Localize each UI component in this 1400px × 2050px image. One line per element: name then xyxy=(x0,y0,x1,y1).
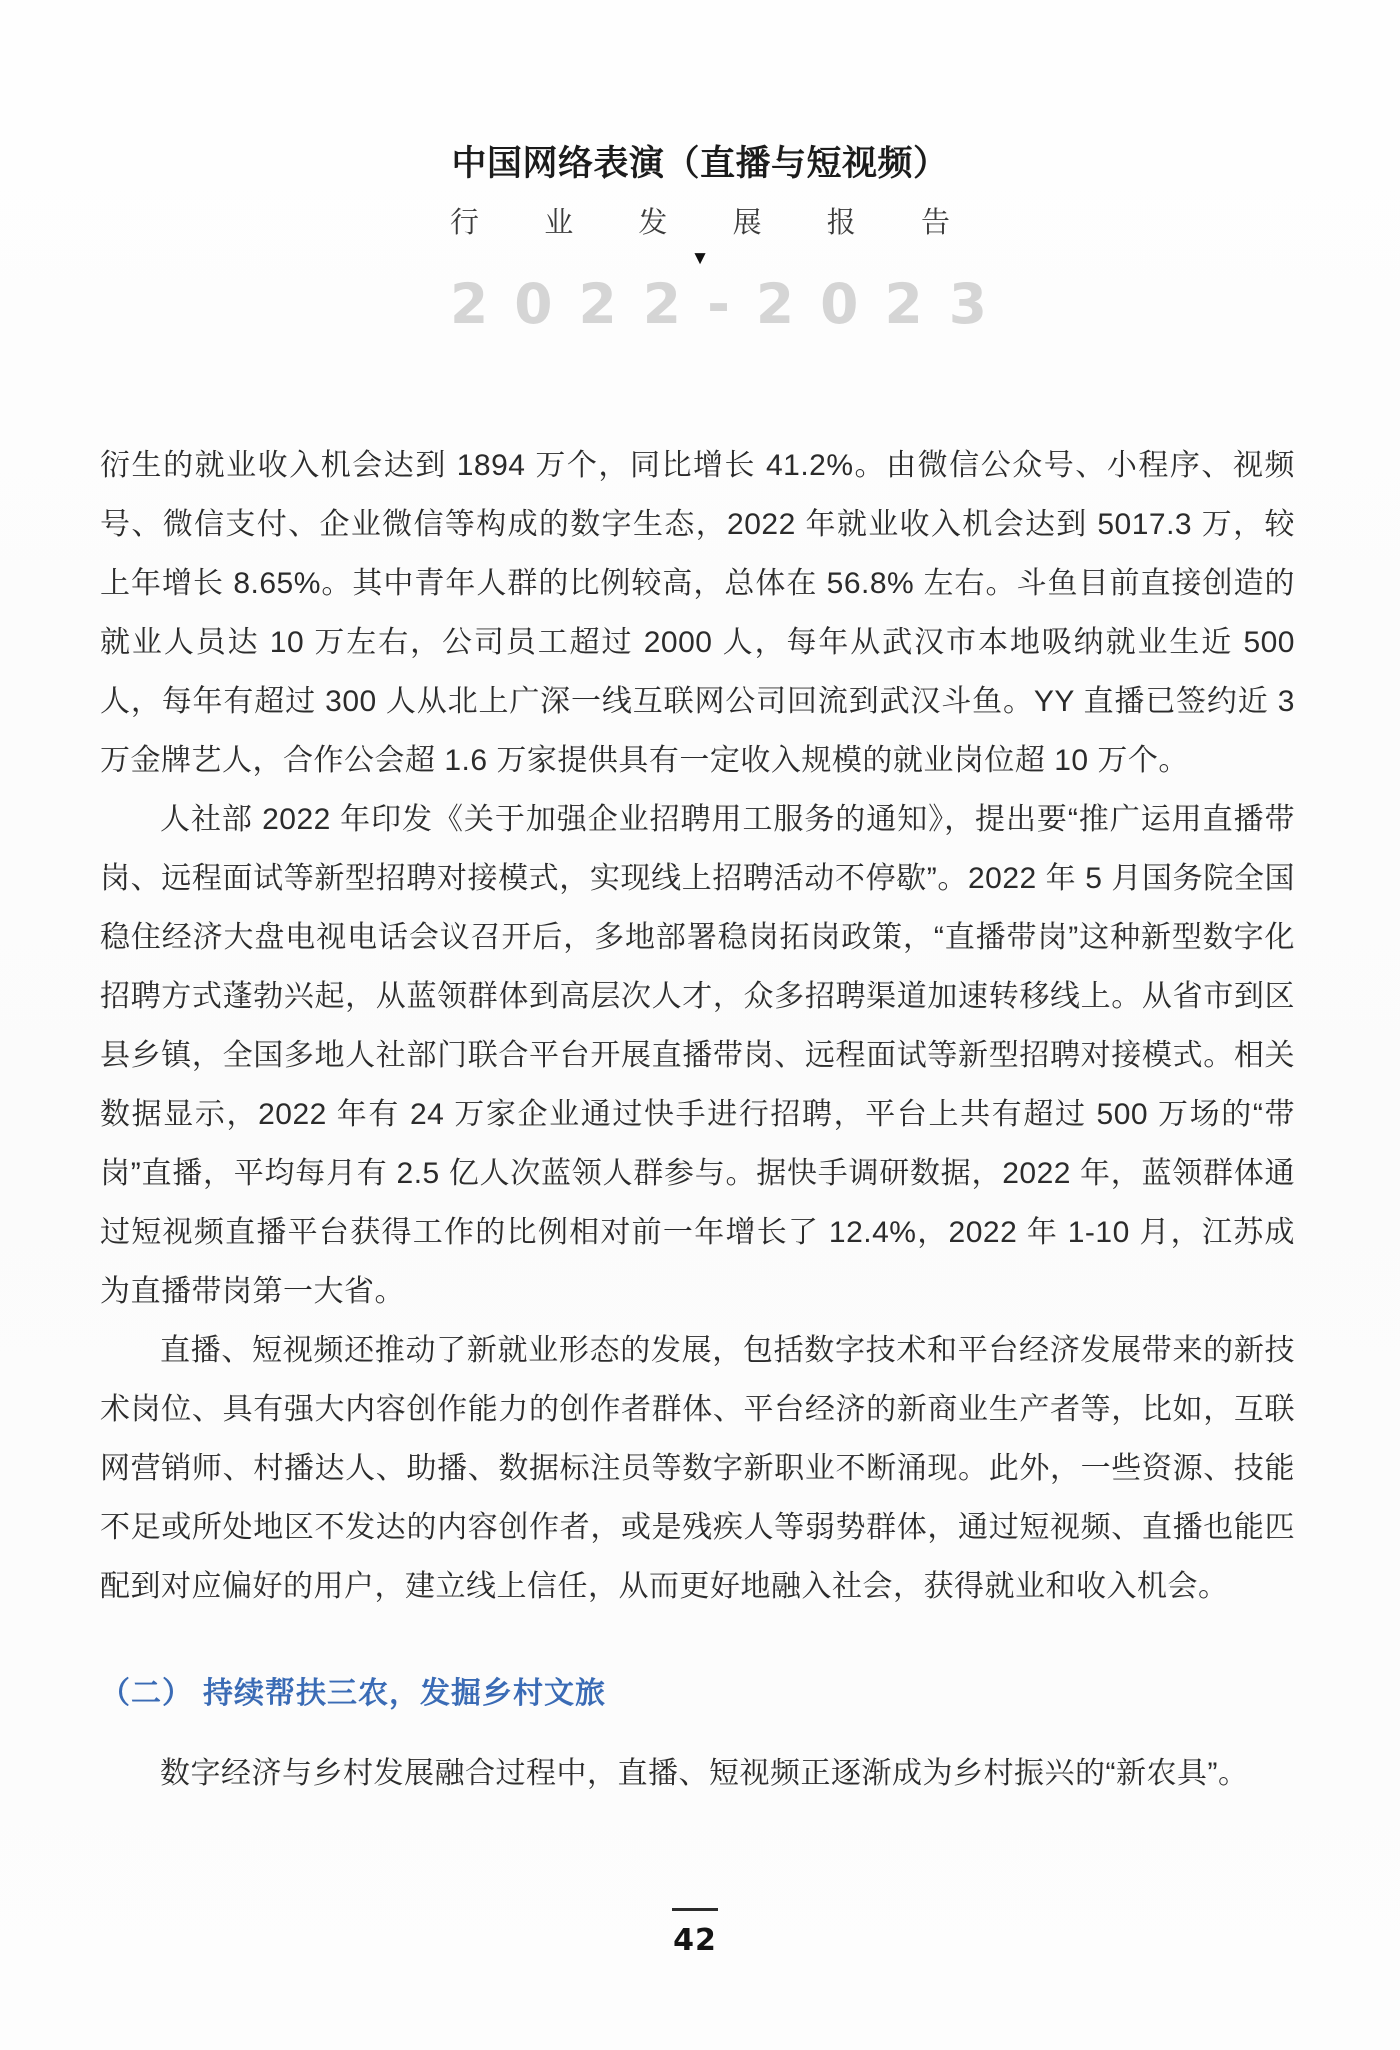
paragraph-employment-stats: 衍生的就业收入机会达到 1894 万个，同比增长 41.2%。由微信公众号、小程… xyxy=(100,436,1295,790)
report-title: 中国网络表演（直播与短视频） xyxy=(450,136,950,186)
section-title: 持续帮扶三农，发掘乡村文旅 xyxy=(203,1677,606,1710)
page-number: 42 xyxy=(0,1923,1390,1958)
paragraph-rural-intro: 数字经济与乡村发展融合过程中，直播、短视频正逐渐成为乡村振兴的“新农具”。 xyxy=(100,1744,1295,1803)
section-number: （二） xyxy=(100,1677,193,1710)
section-heading: （二）持续帮扶三农，发掘乡村文旅 xyxy=(100,1672,1295,1716)
page-footer: 42 xyxy=(0,1908,1390,1958)
report-page: 中国网络表演（直播与短视频） 行业发展报告 ▼ 2022-2023 衍生的就业收… xyxy=(0,0,1400,2050)
report-header: 中国网络表演（直播与短视频） 行业发展报告 ▼ 2022-2023 xyxy=(450,136,950,336)
footer-divider xyxy=(672,1908,718,1911)
paragraph-recruitment-policy: 人社部 2022 年印发《关于加强企业招聘用工服务的通知》，提出要“推广运用直播… xyxy=(100,790,1295,1321)
page-body: 衍生的就业收入机会达到 1894 万个，同比增长 41.2%。由微信公众号、小程… xyxy=(100,436,1295,1803)
triangle-down-icon: ▼ xyxy=(450,249,950,268)
edition-years: 2022-2023 xyxy=(450,272,976,336)
paragraph-new-employment-forms: 直播、短视频还推动了新就业形态的发展，包括数字技术和平台经济发展带来的新技术岗位… xyxy=(100,1321,1295,1616)
report-subtitle: 行业发展报告 xyxy=(450,200,950,241)
